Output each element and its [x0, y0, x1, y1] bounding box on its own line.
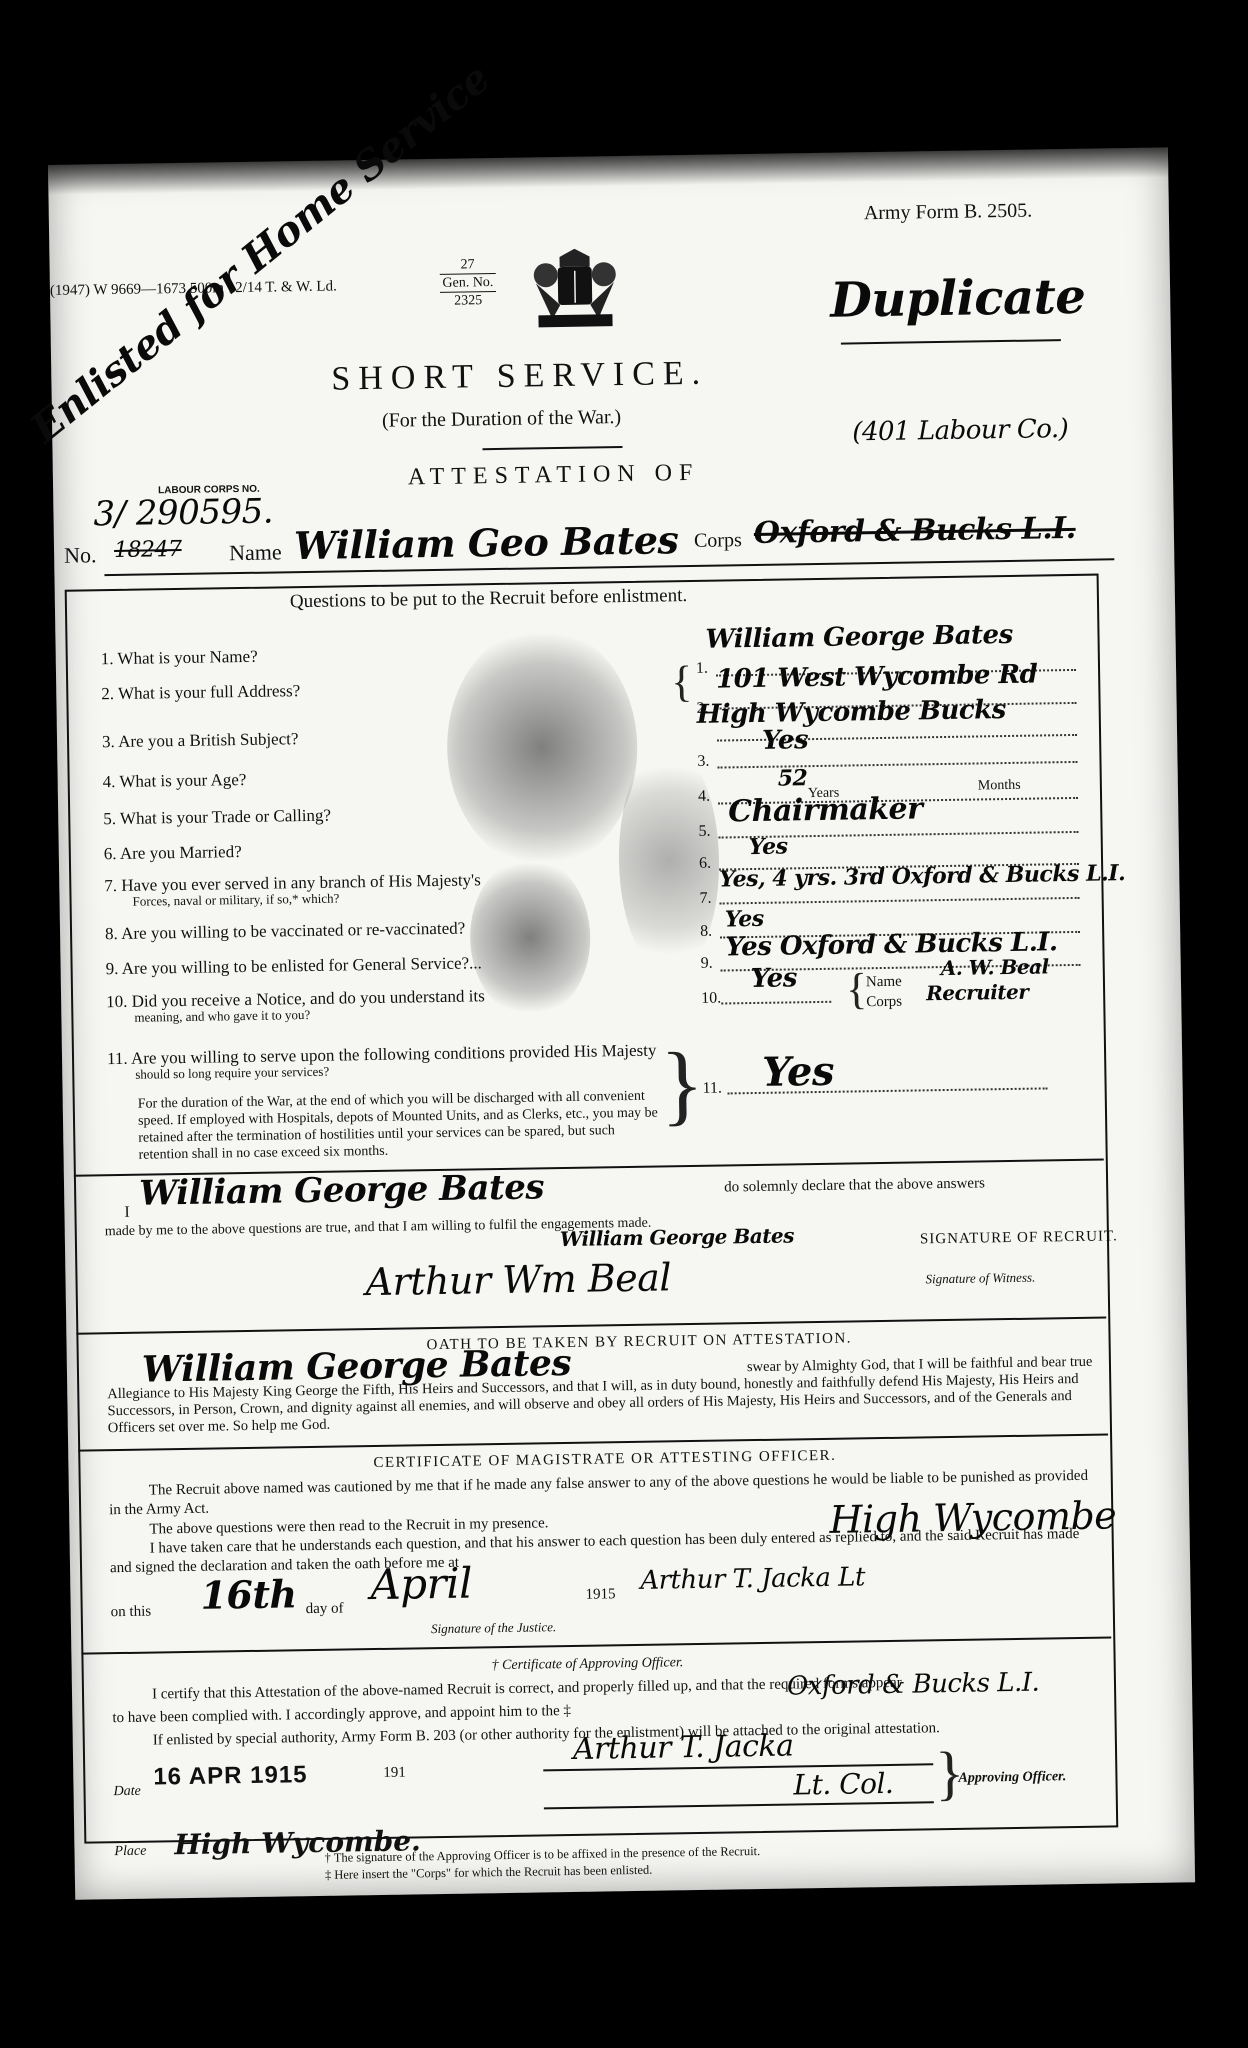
magistrate-year: 1915	[585, 1586, 615, 1603]
answer-5-trade: Chairmaker	[728, 791, 923, 829]
answer-6-married: Yes	[749, 833, 788, 860]
attestation-title: ATTESTATION OF	[408, 460, 700, 492]
question-2: 2. What is your full Address?	[101, 681, 300, 704]
duplicate-underline	[841, 339, 1061, 344]
witness-signature-label: Signature of Witness.	[925, 1270, 1035, 1288]
answer-num-9: 9.	[700, 955, 712, 973]
notice-corps-value: Recruiter	[926, 980, 1029, 1006]
day-of-label: day of	[306, 1601, 344, 1619]
question-10: 10. Did you receive a Notice, and do you…	[106, 986, 485, 1026]
army-form-number: Army Form B. 2505.	[864, 200, 1033, 226]
answer-num-4: 4.	[698, 788, 710, 806]
approving-officer-label: Approving Officer.	[958, 1769, 1066, 1787]
months-label: Months	[978, 778, 1021, 795]
justice-signature: Arthur T. Jacka Lt	[640, 1562, 865, 1596]
approving-officer-signature: Arthur T. Jacka	[573, 1728, 794, 1766]
labour-company-annotation: (401 Labour Co.)	[852, 414, 1068, 447]
notice-name-value: A. W. Beal	[941, 954, 1049, 980]
declaration-prefix: I	[124, 1204, 130, 1222]
divider	[483, 446, 623, 450]
answer-num-6: 6.	[699, 855, 711, 873]
answer-2-address-line2: High Wycombe Bucks	[696, 695, 1006, 730]
notice-name-label: Name	[866, 974, 902, 992]
on-this-label: on this	[111, 1604, 152, 1622]
answer-1-name: William George Bates	[705, 620, 1013, 655]
answer-num-1: 1.	[696, 660, 708, 678]
notice-corps-label: Corps	[866, 994, 902, 1012]
answer-11-conditions: Yes	[762, 1048, 834, 1096]
declaration-name: William George Bates	[139, 1167, 544, 1213]
approving-officer-rank: Lt. Col.	[793, 1767, 893, 1802]
gen-no-bottom: 2325	[440, 291, 496, 310]
corps-label: Corps	[694, 529, 742, 553]
answer-3-british-subject: Yes	[762, 725, 808, 756]
name-value: William Geo Bates	[294, 517, 679, 568]
form-subtitle: (For the Duration of the War.)	[382, 406, 621, 433]
answer-num-7: 7.	[699, 890, 711, 908]
royal-crest-icon	[529, 248, 620, 331]
question-3: 3. Are you a British Subject?	[102, 729, 299, 752]
attestation-form-paper: (1947) W 9669—1673 500m 12/14 T. & W. Ld…	[48, 147, 1195, 1899]
justice-label: Signature of the Justice.	[431, 1619, 556, 1637]
torn-edge	[48, 117, 1169, 195]
question-6: 6. Are you Married?	[104, 842, 242, 864]
brace: {	[671, 660, 693, 704]
service-conditions: For the duration of the War, at the end …	[138, 1088, 659, 1164]
magistrate-day: 16th	[200, 1571, 297, 1618]
question-7: 7. Have you ever served in any branch of…	[104, 870, 481, 910]
answer-num-3: 3.	[697, 753, 709, 771]
date-label: Date	[113, 1784, 140, 1800]
answer-4-age: 52	[778, 765, 808, 791]
date-suffix: 191	[383, 1765, 406, 1782]
duplicate-annotation: Duplicate	[830, 269, 1086, 329]
date-stamp: 16 APR 1915	[153, 1761, 308, 1791]
recruit-signature: William George Bates	[560, 1223, 794, 1251]
answer-num-8: 8.	[700, 923, 712, 941]
answer-num-5: 5.	[698, 823, 710, 841]
gen-no-label: Gen. No.	[440, 273, 496, 292]
place-label: Place	[114, 1844, 146, 1860]
question-4: 4. What is your Age?	[103, 770, 247, 792]
approving-heading: † Certificate of Approving Officer.	[492, 1655, 684, 1674]
magistrate-place: High Wycombe	[829, 1493, 1117, 1542]
brace: }	[660, 1040, 705, 1131]
form-title: SHORT SERVICE.	[331, 355, 708, 399]
brace: {	[846, 967, 868, 1011]
answer-num-11: 11.	[702, 1080, 722, 1098]
gen-no-block: 27 Gen. No. 2325	[439, 256, 496, 310]
question-1: 1. What is your Name?	[101, 647, 258, 669]
answer-2-address-line1: 101 West Wycombe Rd	[716, 660, 1038, 695]
number-value-struck: 18247	[114, 537, 182, 563]
magistrate-month: April	[370, 1559, 472, 1610]
question-5: 5. What is your Trade or Calling?	[103, 806, 331, 830]
number-label: No.	[64, 542, 97, 569]
corps-value-struck: Oxford & Bucks L.I.	[754, 511, 1076, 551]
gen-no-top: 27	[439, 256, 495, 274]
answer-8-vaccinated: Yes	[725, 906, 764, 933]
answer-num-10: 10.	[701, 990, 721, 1008]
approving-corps: Oxford & Bucks L.I.	[787, 1668, 1040, 1702]
labour-corps-number: 3/ 290595.	[93, 492, 273, 535]
witness-signature: Arthur Wm Beal	[365, 1255, 671, 1304]
answer-10-notice: Yes	[751, 963, 797, 994]
footnote-2: ‡ Here insert the "Corps" for which the …	[325, 1863, 653, 1883]
recruit-signature-label: SIGNATURE OF RECRUIT.	[920, 1228, 1118, 1248]
name-label: Name	[229, 539, 282, 566]
